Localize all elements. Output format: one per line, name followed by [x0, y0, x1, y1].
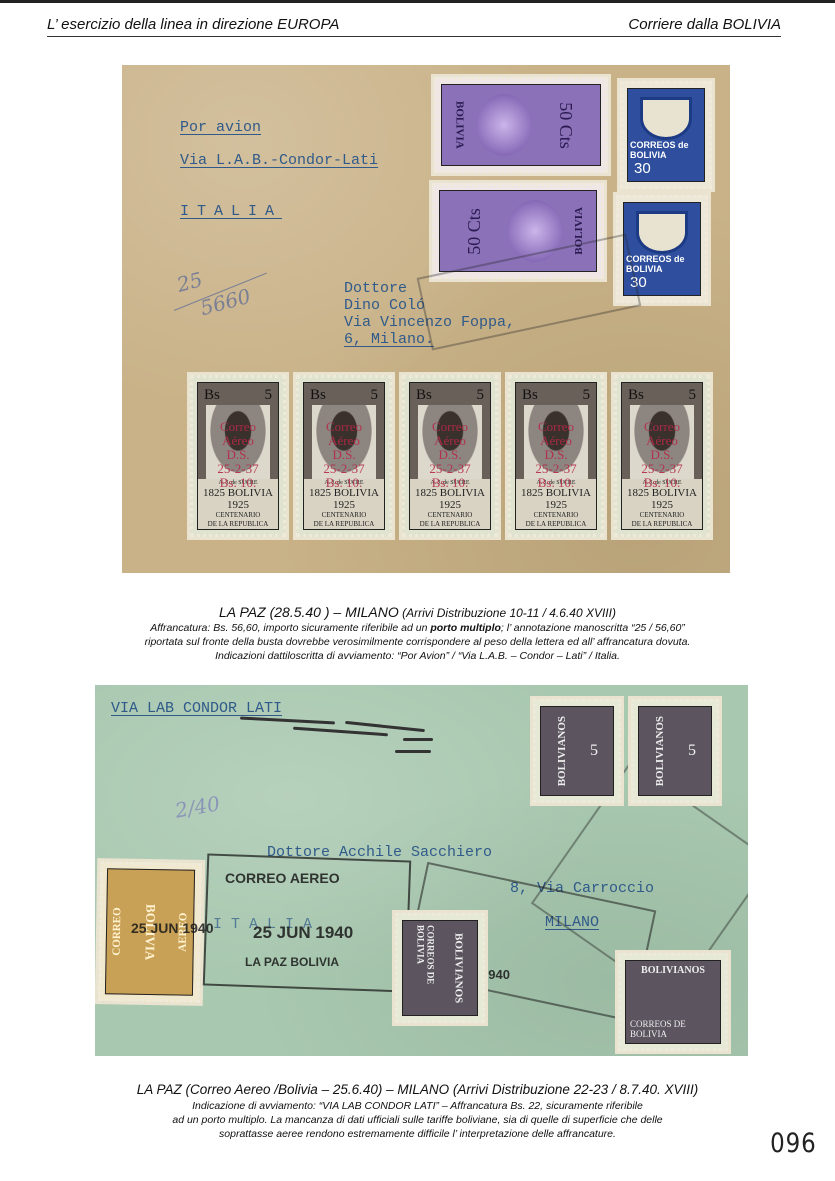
postmark-partial-year: 1940	[481, 967, 510, 982]
wavy-cancel-line	[293, 727, 388, 737]
address-line-4: 6, Milano.	[344, 332, 434, 347]
stamp-line-3: DE LA REPUBLICA	[410, 520, 490, 529]
stamp-line-1: 1825 BOLIVIA 1925	[304, 487, 384, 511]
wavy-cancel-line	[403, 738, 433, 741]
stamp-currency: Bs	[522, 387, 538, 404]
stamp-bolivianos-5-2: BOLIVIANOS 5	[631, 699, 719, 803]
typed-route: Via L.A.B.-Condor-Lati	[180, 153, 378, 168]
stamp-shield-30c-1: CORREOS de BOLIVIA 30	[620, 81, 712, 189]
stamp-medallion	[477, 94, 531, 156]
stamp-denomination: 5	[477, 387, 485, 404]
stamp-text: BOLIVIANOS	[556, 716, 568, 786]
stamp-bolivianos-5-1: BOLIVIANOS 5	[533, 699, 621, 803]
stamp-denomination: 5	[583, 387, 591, 404]
address-line-1: Dottore	[344, 281, 407, 296]
postmark-date: 25 JUN 1940	[253, 923, 353, 943]
stamp-bolivianos-5-3: CORREOS DE BOLIVIA BOLIVIANOS	[395, 913, 485, 1023]
stamp-text: CORREOS de BOLIVIA	[626, 254, 698, 274]
postmark-date-tie: 25 JUN 1940	[131, 920, 214, 936]
stamp-country: BOLIVIA	[454, 101, 466, 149]
stamp-sucre-5bs-4: Bs5A. J. de SUCRE1825 BOLIVIA 1925CENTEN…	[508, 375, 604, 537]
stamp-denomination: 30	[630, 160, 651, 177]
caption-text: Affrancatura: Bs. 56,60, importo sicuram…	[150, 622, 430, 634]
wavy-cancel-line	[395, 750, 431, 753]
stamp-line-2: CENTENARIO	[622, 511, 702, 520]
stamp-centenario-50cts-1: BOLIVIA 50 Cts	[434, 77, 608, 173]
manuscript-weight: 25	[174, 267, 205, 297]
stamp-line-2: CENTENARIO	[516, 511, 596, 520]
stamp-currency: Bs	[204, 387, 220, 404]
manuscript-note: 2/40	[173, 791, 221, 822]
stamp-line-1: 1825 BOLIVIA 1925	[198, 487, 278, 511]
postmark-place: LA PAZ BOLIVIA	[245, 955, 339, 969]
stamp-sucre-5bs-5: Bs5A. J. de SUCRE1825 BOLIVIA 1925CENTEN…	[614, 375, 710, 537]
overprint-correo-aereo: CorreoAéreoD.S.25-2-37Bs. 10.	[299, 420, 389, 490]
stamp-sucre-5bs-3: Bs5A. J. de SUCRE1825 BOLIVIA 1925CENTEN…	[402, 375, 498, 537]
caption-1-route: LA PAZ (28.5.40 ) – MILANO	[219, 604, 399, 620]
stamp-currency: Bs	[416, 387, 432, 404]
shield-icon	[640, 97, 692, 140]
manuscript-rate: 5660	[198, 284, 253, 320]
stamp-bolivianos-5-4: BOLIVIANOS CORREOS DE BOLIVIA	[618, 953, 728, 1051]
stamp-denomination: 5	[688, 742, 696, 760]
stamp-line-1: 1825 BOLIVIA 1925	[622, 487, 702, 511]
stamp-text: CORREOS DE BOLIVIA	[630, 1019, 716, 1039]
overprint-correo-aereo: CorreoAéreoD.S.25-2-37Bs. 10.	[193, 420, 283, 490]
stamp-text: CORREOS DE BOLIVIA	[416, 925, 436, 1011]
header-left-title: L’ esercizio della linea in direzione EU…	[47, 16, 339, 33]
page-number: 096	[771, 1128, 817, 1159]
top-border	[0, 0, 835, 3]
shield-icon	[636, 211, 688, 254]
header-right-title: Corriere dalla BOLIVIA	[628, 16, 781, 33]
caption-text: ; l’ annotazione manoscritta “25 / 56,60…	[501, 622, 685, 634]
stamp-denomination: 5	[371, 387, 379, 404]
stamp-denomination: 5	[689, 387, 697, 404]
overprint-correo-aereo: CorreoAéreoD.S.25-2-37Bs. 10.	[405, 420, 495, 490]
overprint-correo-aereo: CorreoAéreoD.S.25-2-37Bs. 10.	[511, 420, 601, 490]
caption-2-title: LA PAZ (Correo Aereo /Bolivia – 25.6.40)…	[0, 1082, 835, 1097]
stamp-sucre-5bs-2: Bs5A. J. de SUCRE1825 BOLIVIA 1925CENTEN…	[296, 375, 392, 537]
stamp-denomination: 50 Cts	[464, 208, 485, 255]
caption-1-arrival: (Arrivi Distribuzione 10-11 / 4.6.40 XVI…	[399, 606, 616, 620]
stamp-denomination: 5	[590, 742, 598, 760]
cover-1-envelope: Por avion Via L.A.B.-Condor-Lati ITALIA …	[122, 65, 730, 573]
wavy-cancel-line	[240, 717, 335, 725]
stamp-line-3: DE LA REPUBLICA	[622, 520, 702, 529]
caption-emphasis: porto multiplo	[430, 622, 501, 634]
typed-destination-country: ITALIA	[180, 204, 282, 219]
stamp-text: BOLIVIANOS	[641, 965, 705, 976]
stamp-line-1: 1825 BOLIVIA 1925	[410, 487, 490, 511]
caption-2-line-2: ad un porto multiplo. La mancanza di dat…	[0, 1114, 835, 1126]
header-rule	[47, 36, 781, 37]
postmark-top-text: CORREO AEREO	[225, 870, 340, 886]
typed-route: VIA LAB CONDOR LATI	[111, 701, 282, 716]
stamp-line-3: DE LA REPUBLICA	[198, 520, 278, 529]
address-line-2: Dino Coló	[344, 298, 425, 313]
stamp-line-2: CENTENARIO	[410, 511, 490, 520]
stamp-line-2: CENTENARIO	[198, 511, 278, 520]
stamp-currency: Bs	[628, 387, 644, 404]
caption-1-line-1: Affrancatura: Bs. 56,60, importo sicuram…	[0, 622, 835, 634]
caption-1-line-2: riportata sul fronte della busta dovrebb…	[0, 636, 835, 648]
overprint-correo-aereo: CorreoAéreoD.S.25-2-37Bs. 10.	[617, 420, 707, 490]
stamp-text: BOLIVIANOS	[654, 716, 666, 786]
stamp-text: BOLIVIANOS	[453, 933, 465, 1003]
typed-por-avion: Por avion	[180, 120, 261, 135]
cover-2-envelope: VIA LAB CONDOR LATI 2/40 Dottore Acchile…	[95, 685, 748, 1056]
stamp-line-2: CENTENARIO	[304, 511, 384, 520]
stamp-label-left: CORREO	[111, 907, 124, 955]
stamp-line-3: DE LA REPUBLICA	[516, 520, 596, 529]
stamp-sucre-5bs-1: Bs5A. J. de SUCRE1825 BOLIVIA 1925CENTEN…	[190, 375, 286, 537]
stamp-currency: Bs	[310, 387, 326, 404]
caption-2-line-3: soprattasse aeree rendono estremamente d…	[0, 1128, 835, 1140]
stamp-denomination: 5	[265, 387, 273, 404]
stamp-line-3: DE LA REPUBLICA	[304, 520, 384, 529]
caption-2-line-1: Indicazione di avviamento: “VIA LAB COND…	[0, 1100, 835, 1112]
caption-1-title: LA PAZ (28.5.40 ) – MILANO (Arrivi Distr…	[0, 604, 835, 620]
stamp-text: CORREOS de BOLIVIA	[630, 140, 702, 160]
stamp-denomination: 50 Cts	[555, 102, 576, 149]
caption-1-line-3: Indicazioni dattiloscritta di avviamento…	[0, 650, 835, 662]
stamp-line-1: 1825 BOLIVIA 1925	[516, 487, 596, 511]
